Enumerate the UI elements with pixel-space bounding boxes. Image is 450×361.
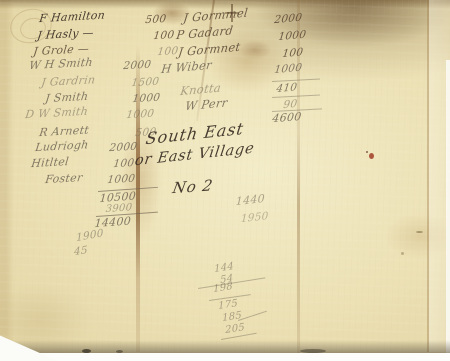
ledger-entry-amount: 2000 bbox=[109, 142, 138, 154]
ledger-entry-amount: 2000 bbox=[123, 60, 152, 72]
paper-speck bbox=[416, 231, 423, 233]
ledger-entry-amount: 100 bbox=[157, 46, 179, 58]
column-total-value: 4600 bbox=[272, 111, 302, 124]
ledger-entry-amount: 1000 bbox=[132, 93, 161, 105]
heading-line3: No 2 bbox=[171, 178, 214, 196]
ledger-entry-name: J Hasly — bbox=[37, 27, 95, 41]
ledger-entry-amount: 410 bbox=[276, 82, 298, 94]
ledger-entry-amount: 1000 bbox=[107, 174, 136, 186]
bottom-edge-shadow bbox=[0, 340, 450, 353]
ledger-entry-amount: 100 bbox=[282, 47, 304, 59]
ledger-entry-amount: 500 bbox=[145, 14, 167, 26]
ledger-entry-amount: 1000 bbox=[274, 63, 303, 76]
ledger-entry-amount: 1000 bbox=[278, 30, 307, 43]
ledger-entry-amount: 1500 bbox=[131, 77, 160, 89]
red-ink-spot bbox=[369, 153, 374, 159]
ledger-entry-name: R Arnett bbox=[39, 124, 90, 138]
ledger-entry-amount: 100 bbox=[153, 30, 175, 42]
paper-speck bbox=[401, 252, 404, 255]
ink-speck bbox=[366, 151, 368, 153]
ledger-entry-name: F Hamilton bbox=[39, 10, 106, 25]
ledger-entry-name: Foster bbox=[45, 172, 84, 185]
ledger-entry-amount: 1000 bbox=[126, 109, 155, 121]
ledger-entry-name: J Smith bbox=[45, 91, 89, 104]
pencil-figure: 1440 bbox=[236, 193, 265, 207]
ledger-entry-amount: 100 bbox=[113, 158, 135, 170]
margin-figure: 45 bbox=[74, 245, 88, 258]
ledger-entry-name: J Gardrin bbox=[41, 74, 96, 88]
edge-speck bbox=[82, 349, 91, 353]
ledger-entry-name: Ludriogh bbox=[35, 139, 90, 153]
scan-background-bottom bbox=[0, 353, 450, 361]
ledger-entry-name: J Grole — bbox=[33, 43, 90, 57]
ledger-entry-amount: 2000 bbox=[274, 13, 303, 26]
scanned-ledger-page: F Hamilton 500 J Hasly — 100 J Grole — 1… bbox=[0, 0, 450, 361]
ledger-entry-name: Hitltel bbox=[31, 156, 70, 169]
ledger-entry-name: D W Smith bbox=[25, 106, 89, 120]
edge-speck bbox=[116, 350, 123, 353]
scan-background-right bbox=[446, 60, 450, 361]
edge-speck bbox=[300, 349, 326, 353]
ledger-entry-name: W H Smith bbox=[29, 57, 94, 71]
pencil-figure: 1950 bbox=[241, 211, 269, 225]
